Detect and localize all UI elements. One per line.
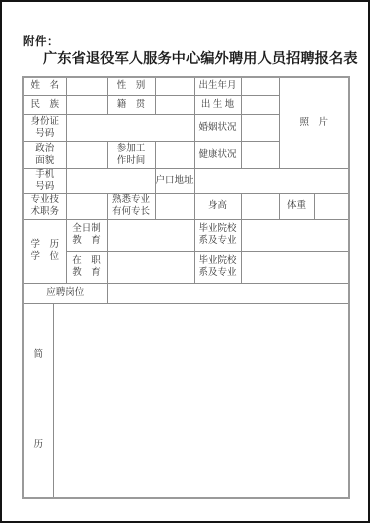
marital-status-field[interactable] (241, 114, 279, 141)
birth-place-field[interactable] (241, 95, 279, 114)
ethnicity-field[interactable] (66, 95, 107, 114)
attachment-label: 附件： (23, 33, 59, 49)
health-status-label: 健康状况 (194, 141, 241, 168)
specialty-label: 熟悉专业 有何专长 (107, 193, 155, 219)
work-start-time-field[interactable] (155, 141, 194, 168)
in-service-education-label: 在 职 教 育 (66, 251, 107, 283)
height-field[interactable] (241, 193, 279, 219)
weight-field[interactable] (314, 193, 349, 219)
professional-title-field[interactable] (66, 193, 107, 219)
resume-char-2: 历 (33, 439, 43, 451)
mobile-number-field[interactable] (66, 168, 155, 193)
education-degree-label: 学 历 学 位 (23, 219, 66, 283)
native-place-label: 籍 贯 (107, 95, 155, 114)
birth-date-label: 出生年月 (194, 77, 241, 95)
document-page: 附件： 广东省退役军人服务中心编外聘用人员招聘报名表 姓 名 性 别 出生年月 … (0, 0, 370, 523)
row-resume: 简 历 (23, 303, 349, 498)
political-status-label: 政治 面貌 (23, 141, 66, 168)
page-title: 广东省退役军人服务中心编外聘用人员招聘报名表 (43, 48, 358, 68)
resume-field[interactable] (53, 303, 349, 498)
native-place-field[interactable] (155, 95, 194, 114)
position-applied-field[interactable] (107, 283, 349, 303)
ethnicity-label: 民 族 (23, 95, 66, 114)
full-time-education-label: 全日制 教 育 (66, 219, 107, 251)
full-time-education-field[interactable] (107, 219, 194, 251)
position-applied-label: 应聘岗位 (23, 283, 107, 303)
mobile-number-label: 手机 号码 (23, 168, 66, 193)
in-service-school-major-label: 毕业院校 系及专业 (194, 251, 241, 283)
id-number-field[interactable] (66, 114, 194, 141)
name-label: 姓 名 (23, 77, 66, 95)
height-label: 身高 (194, 193, 241, 219)
household-address-label: 户口地址 (155, 168, 194, 193)
in-service-school-major-field[interactable] (241, 251, 349, 283)
full-time-school-major-field[interactable] (241, 219, 349, 251)
application-form-table: 姓 名 性 别 出生年月 照 片 民 族 籍 贯 出 生 地 身份证 号码 婚姻… (22, 76, 350, 499)
weight-label: 体重 (279, 193, 314, 219)
row-title-specialty-height-weight: 专业技 术职务 熟悉专业 有何专长 身高 体重 (23, 193, 349, 219)
professional-title-label: 专业技 术职务 (23, 193, 66, 219)
political-status-field[interactable] (66, 141, 107, 168)
specialty-field[interactable] (155, 193, 194, 219)
name-field[interactable] (66, 77, 107, 95)
resume-label-chars: 简 历 (24, 316, 53, 485)
row-fulltime-education: 学 历 学 位 全日制 教 育 毕业院校 系及专业 (23, 219, 349, 251)
row-mobile-household: 手机 号码 户口地址 (23, 168, 349, 193)
gender-label: 性 别 (107, 77, 155, 95)
birth-date-field[interactable] (241, 77, 279, 95)
row-name-gender-birthdate: 姓 名 性 别 出生年月 照 片 (23, 77, 349, 95)
marital-status-label: 婚姻状况 (194, 114, 241, 141)
full-time-school-major-label: 毕业院校 系及专业 (194, 219, 241, 251)
photo-cell: 照 片 (279, 77, 349, 168)
birth-place-label: 出 生 地 (194, 95, 241, 114)
resume-char-1: 简 (33, 349, 43, 361)
work-start-time-label: 参加工 作时间 (107, 141, 155, 168)
health-status-field[interactable] (241, 141, 279, 168)
household-address-field[interactable] (194, 168, 349, 193)
in-service-education-field[interactable] (107, 251, 194, 283)
row-position-applied: 应聘岗位 (23, 283, 349, 303)
row-inservice-education: 在 职 教 育 毕业院校 系及专业 (23, 251, 349, 283)
id-number-label: 身份证 号码 (23, 114, 66, 141)
gender-field[interactable] (155, 77, 194, 95)
resume-label: 简 历 (23, 303, 53, 498)
